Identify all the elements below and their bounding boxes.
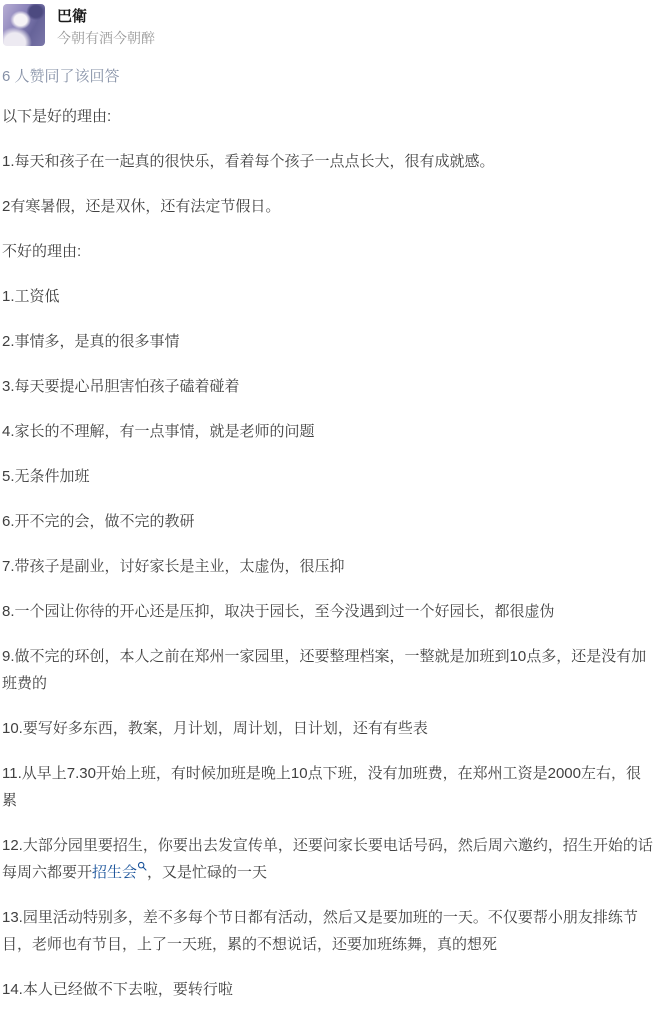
answer-paragraph: 13.园里活动特别多，差不多每个节日都有活动，然后又是要加班的一天。不仅要帮小朋… — [2, 904, 654, 958]
avatar[interactable] — [3, 4, 45, 46]
author-name[interactable]: 巴衛 — [57, 6, 155, 27]
upvote-meta: 6 人赞同了该回答 — [2, 66, 654, 87]
answer-paragraph: 14.本人已经做不下去啦，要转行啦 — [2, 976, 654, 1003]
answer-paragraph: 1.工资低 — [2, 283, 654, 310]
author-info: 巴衛 今朝有酒今朝醉 — [57, 4, 155, 48]
answer-paragraph: 1.每天和孩子在一起真的很快乐，看着每个孩子一点点长大，很有成就感。 — [2, 148, 654, 175]
author-header: 巴衛 今朝有酒今朝醉 — [2, 4, 654, 48]
author-headline: 今朝有酒今朝醉 — [57, 28, 155, 48]
answer-paragraph: 3.每天要提心吊胆害怕孩子磕着碰着 — [2, 373, 654, 400]
answer-paragraph: 4.家长的不理解，有一点事情，就是老师的问题 — [2, 418, 654, 445]
answer-paragraph: 6.开不完的会，做不完的教研 — [2, 508, 654, 535]
answer-paragraph: 8.一个园让你待的开心还是压抑，取决于园长，至今没遇到过一个好园长，都很虚伪 — [2, 598, 654, 625]
answer-paragraph: 以下是好的理由: — [2, 103, 654, 130]
search-icon[interactable] — [137, 863, 147, 874]
answer-paragraph: 2有寒暑假，还是双休，还有法定节假日。 — [2, 193, 654, 220]
answer-paragraph: 2.事情多，是真的很多事情 — [2, 328, 654, 355]
answer-paragraph: 11.从早上7.30开始上班，有时候加班是晚上10点下班，没有加班费，在郑州工资… — [2, 760, 654, 814]
answer-paragraph: 5.无条件加班 — [2, 463, 654, 490]
answer-paragraph: 9.做不完的环创，本人之前在郑州一家园里，还要整理档案，一整就是加班到10点多，… — [2, 643, 654, 697]
answer-paragraph: 不好的理由: — [2, 238, 654, 265]
search-word-link[interactable]: 招生会 — [92, 864, 137, 881]
paragraph-text: ，又是忙碌的一天 — [147, 864, 267, 881]
answer-paragraph-with-link: 12.大部分园里要招生，你要出去发宣传单，还要问家长要电话号码，然后周六邀约，招… — [2, 832, 654, 886]
answer-card: 巴衛 今朝有酒今朝醉 6 人赞同了该回答 以下是好的理由: 1.每天和孩子在一起… — [0, 0, 666, 1013]
answer-paragraph: 7.带孩子是副业，讨好家长是主业，太虚伪，很压抑 — [2, 553, 654, 580]
answer-paragraph: 10.要写好多东西，教案，月计划，周计划，日计划，还有有些表 — [2, 715, 654, 742]
answer-content: 以下是好的理由: 1.每天和孩子在一起真的很快乐，看着每个孩子一点点长大，很有成… — [2, 103, 654, 1003]
